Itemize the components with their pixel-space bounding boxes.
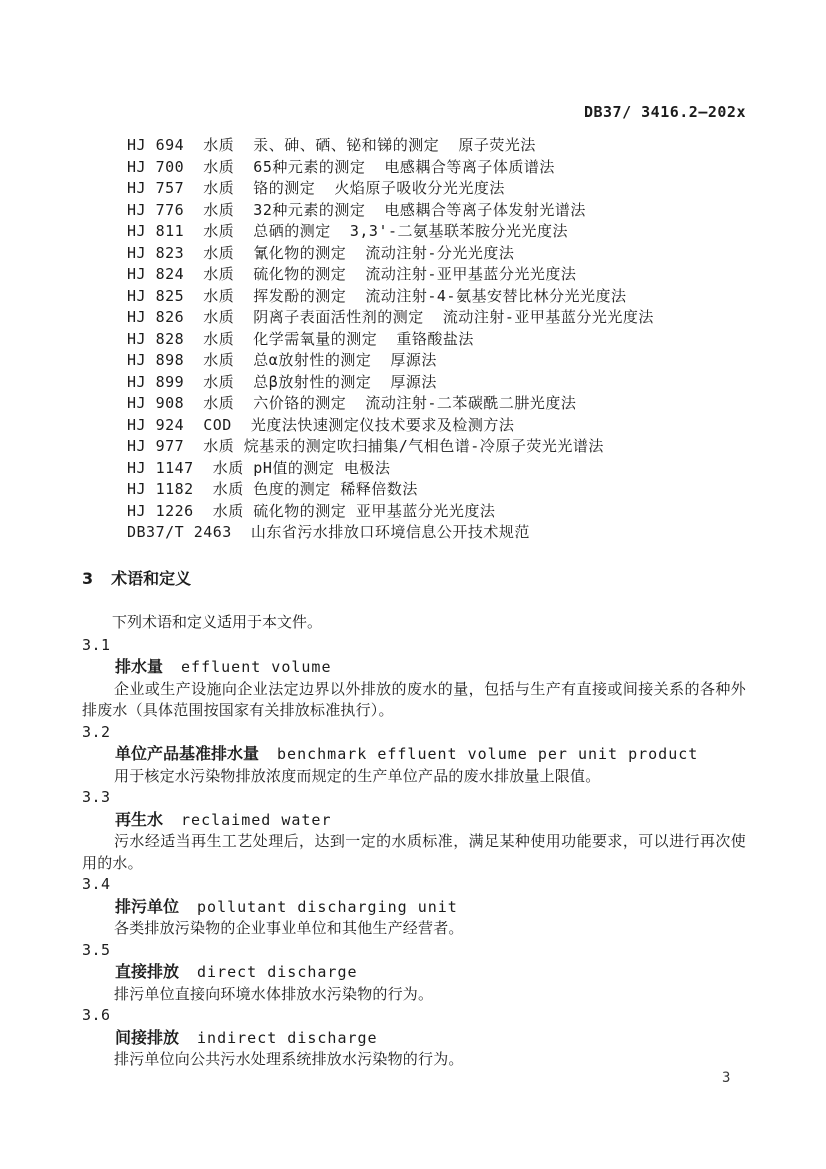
term-definition: 用于核定水污染物排放浓度而规定的生产单位产品的废水排放量上限值。	[82, 766, 746, 788]
reference-item: HJ 1226 水质 硫化物的测定 亚甲基蓝分光光度法	[127, 501, 746, 523]
reference-item: HJ 924 COD 光度法快速测定仪技术要求及检测方法	[127, 415, 746, 437]
term-number: 3.4	[82, 874, 746, 896]
term-english: direct discharge	[197, 963, 358, 981]
term-title-line: 单位产品基准排水量benchmark effluent volume per u…	[82, 743, 746, 766]
term-number: 3.5	[82, 940, 746, 962]
references-list: HJ 694 水质 汞、砷、硒、铋和锑的测定 原子荧光法 HJ 700 水质 6…	[82, 135, 746, 544]
reference-item: HJ 776 水质 32种元素的测定 电感耦合等离子体发射光谱法	[127, 200, 746, 222]
reference-item: HJ 908 水质 六价铬的测定 流动注射-二苯碳酰二肼光度法	[127, 393, 746, 415]
term-entry: 3.6 间接排放indirect discharge 排污单位向公共污水处理系统…	[82, 1005, 746, 1071]
term-definition: 排污单位向公共污水处理系统排放水污染物的行为。	[82, 1049, 746, 1071]
term-chinese: 单位产品基准排水量	[115, 744, 259, 763]
section-heading: 3术语和定义	[82, 568, 746, 590]
reference-item: HJ 977 水质 烷基汞的测定吹扫捕集/气相色谱-冷原子荧光光谱法	[127, 436, 746, 458]
term-number: 3.3	[82, 787, 746, 809]
reference-item: HJ 757 水质 铬的测定 火焰原子吸收分光光度法	[127, 178, 746, 200]
reference-item: DB37/T 2463 山东省污水排放口环境信息公开技术规范	[127, 522, 746, 544]
term-entry: 3.1 排水量effluent volume 企业或生产设施向企业法定边界以外排…	[82, 635, 746, 722]
term-english: pollutant discharging unit	[197, 898, 458, 916]
section-number: 3	[82, 568, 93, 590]
section-title: 术语和定义	[111, 569, 191, 588]
reference-item: HJ 1182 水质 色度的测定 稀释倍数法	[127, 479, 746, 501]
term-definition: 企业或生产设施向企业法定边界以外排放的废水的量，包括与生产有直接或间接关系的各种…	[82, 679, 746, 722]
term-chinese: 间接排放	[115, 1028, 179, 1047]
reference-item: HJ 824 水质 硫化物的测定 流动注射-亚甲基蓝分光光度法	[127, 264, 746, 286]
term-entry: 3.4 排污单位pollutant discharging unit 各类排放污…	[82, 874, 746, 940]
reference-item: HJ 825 水质 挥发酚的测定 流动注射-4-氨基安替比林分光光度法	[127, 286, 746, 308]
term-definition: 排污单位直接向环境水体排放水污染物的行为。	[82, 984, 746, 1006]
term-english: benchmark effluent volume per unit produ…	[277, 745, 698, 763]
term-title-line: 间接排放indirect discharge	[82, 1027, 746, 1050]
term-number: 3.2	[82, 722, 746, 744]
reference-item: HJ 899 水质 总β放射性的测定 厚源法	[127, 372, 746, 394]
reference-item: HJ 826 水质 阴离子表面活性剂的测定 流动注射-亚甲基蓝分光光度法	[127, 307, 746, 329]
reference-item: HJ 811 水质 总硒的测定 3,3'-二氨基联苯胺分光光度法	[127, 221, 746, 243]
term-number: 3.6	[82, 1005, 746, 1027]
document-number-header: DB37/ 3416.2—202x	[82, 104, 746, 120]
document-page: DB37/ 3416.2—202x HJ 694 水质 汞、砷、硒、铋和锑的测定…	[0, 0, 826, 1169]
reference-item: HJ 898 水质 总α放射性的测定 厚源法	[127, 350, 746, 372]
reference-item: HJ 694 水质 汞、砷、硒、铋和锑的测定 原子荧光法	[127, 135, 746, 157]
term-entry: 3.3 再生水reclaimed water 污水经适当再生工艺处理后，达到一定…	[82, 787, 746, 874]
term-chinese: 排水量	[115, 657, 163, 676]
term-english: effluent volume	[181, 658, 331, 676]
term-english: reclaimed water	[181, 811, 331, 829]
page-number: 3	[722, 1070, 730, 1086]
term-english: indirect discharge	[197, 1029, 378, 1047]
term-definition: 污水经适当再生工艺处理后，达到一定的水质标准，满足某种使用功能要求，可以进行再次…	[82, 831, 746, 874]
reference-item: HJ 700 水质 65种元素的测定 电感耦合等离子体质谱法	[127, 157, 746, 179]
terms-list: 3.1 排水量effluent volume 企业或生产设施向企业法定边界以外排…	[82, 635, 746, 1071]
term-definition: 各类排放污染物的企业事业单位和其他生产经营者。	[82, 918, 746, 940]
term-chinese: 排污单位	[115, 897, 179, 916]
term-number: 3.1	[82, 635, 746, 657]
term-title-line: 直接排放direct discharge	[82, 961, 746, 984]
term-title-line: 排水量effluent volume	[82, 656, 746, 679]
term-chinese: 再生水	[115, 810, 163, 829]
term-title-line: 再生水reclaimed water	[82, 809, 746, 832]
term-title-line: 排污单位pollutant discharging unit	[82, 896, 746, 919]
term-entry: 3.5 直接排放direct discharge 排污单位直接向环境水体排放水污…	[82, 940, 746, 1006]
reference-item: HJ 1147 水质 pH值的测定 电极法	[127, 458, 746, 480]
term-chinese: 直接排放	[115, 962, 179, 981]
reference-item: HJ 828 水质 化学需氧量的测定 重铬酸盐法	[127, 329, 746, 351]
reference-item: HJ 823 水质 氰化物的测定 流动注射-分光光度法	[127, 243, 746, 265]
section-intro: 下列术语和定义适用于本文件。	[82, 611, 746, 633]
term-entry: 3.2 单位产品基准排水量benchmark effluent volume p…	[82, 722, 746, 788]
page-content: DB37/ 3416.2—202x HJ 694 水质 汞、砷、硒、铋和锑的测定…	[0, 0, 826, 1071]
